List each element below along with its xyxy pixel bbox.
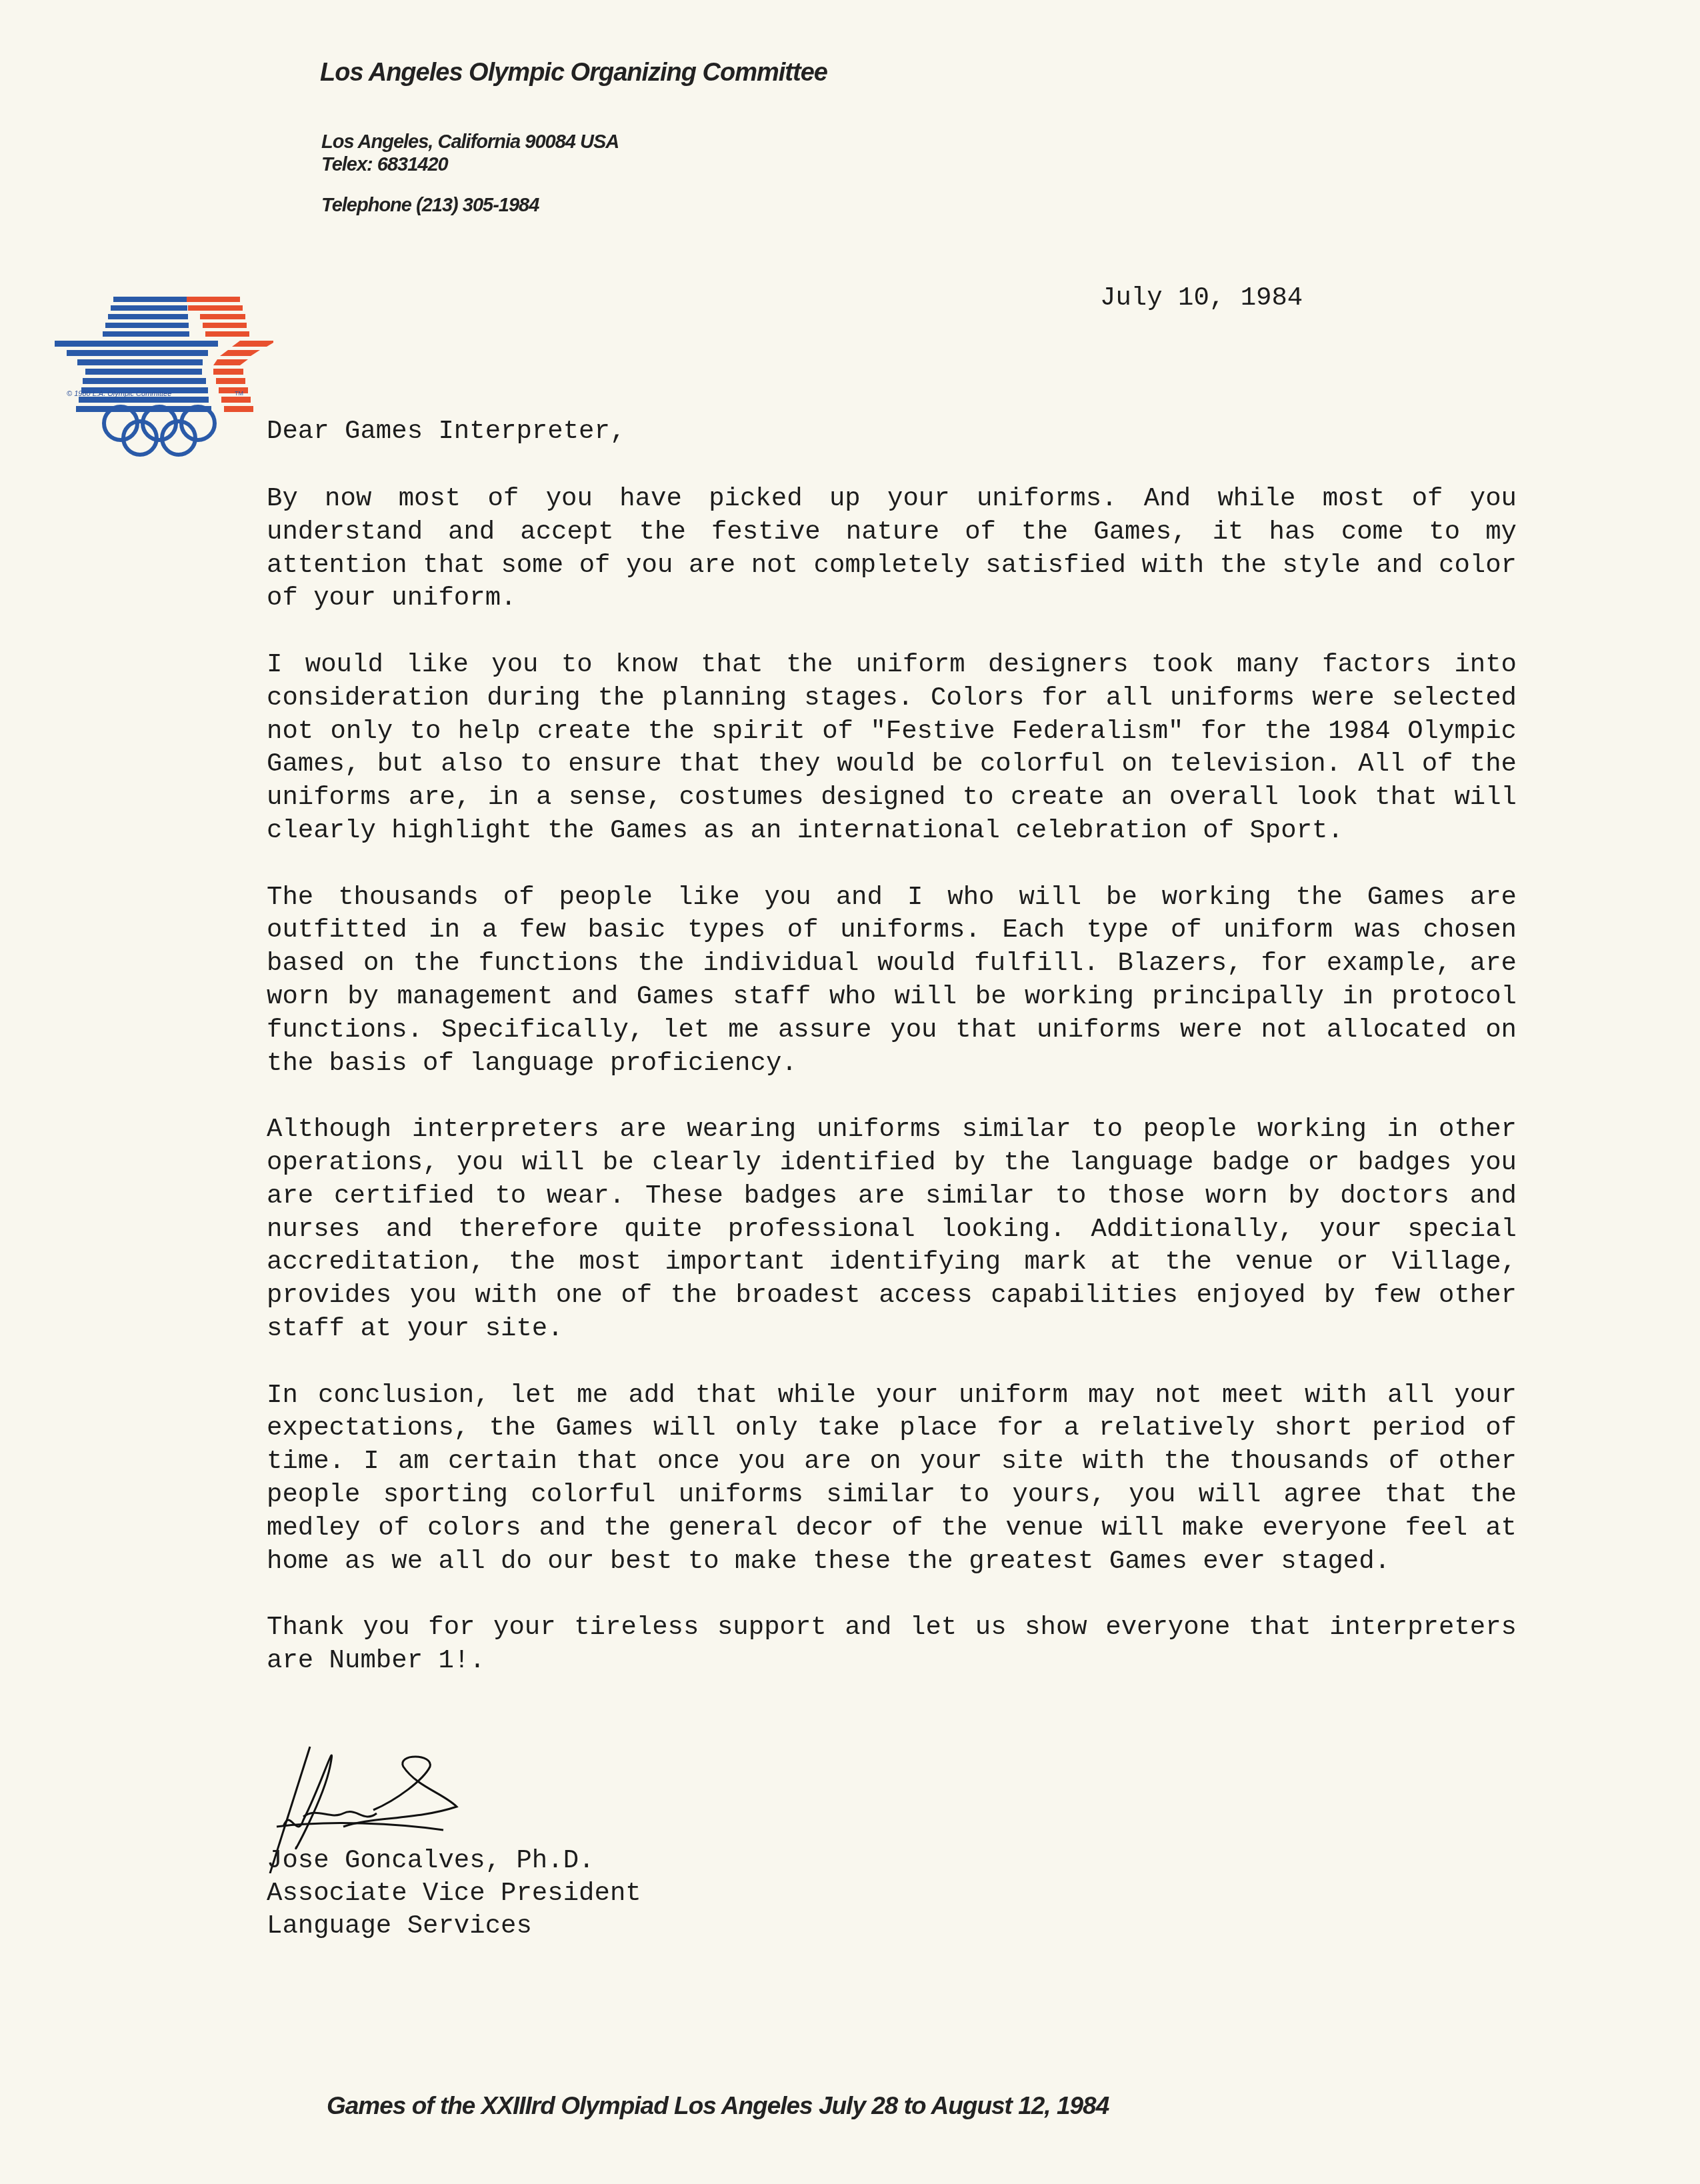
address-line: Los Angeles, California 90084 USA bbox=[321, 131, 619, 153]
paragraph: In conclusion, let me add that while you… bbox=[267, 1379, 1517, 1579]
logo-copyright: © 1980 L.A. Olympic Committee bbox=[67, 390, 171, 398]
olympic-rings-icon bbox=[97, 403, 223, 457]
signer-title: Associate Vice President bbox=[267, 1877, 641, 1910]
letter-body: By now most of you have picked up your u… bbox=[267, 483, 1517, 1711]
signature-block: Jose Goncalves, Ph.D. Associate Vice Pre… bbox=[267, 1845, 641, 1943]
logo-trademark: TM bbox=[235, 390, 243, 397]
salutation: Dear Games Interpreter, bbox=[267, 417, 625, 446]
signer-name: Jose Goncalves, Ph.D. bbox=[267, 1845, 641, 1877]
letterhead-organization: Los Angeles Olympic Organizing Committee bbox=[320, 59, 827, 87]
paragraph: I would like you to know that the unifor… bbox=[267, 649, 1517, 848]
paragraph: Although interpreters are wearing unifor… bbox=[267, 1113, 1517, 1346]
telex-line: Telex: 6831420 bbox=[321, 153, 619, 176]
letter-date: July 10, 1984 bbox=[1100, 283, 1303, 313]
footer-games-info: Games of the XXIIIrd Olympiad Los Angele… bbox=[327, 2092, 1109, 2120]
letterhead-address: Los Angeles, California 90084 USA Telex:… bbox=[321, 131, 619, 176]
signer-department: Language Services bbox=[267, 1910, 641, 1943]
paragraph: By now most of you have picked up your u… bbox=[267, 483, 1517, 615]
paragraph: The thousands of people like you and I w… bbox=[267, 881, 1517, 1081]
paragraph: Thank you for your tireless support and … bbox=[267, 1611, 1517, 1678]
telephone-line: Telephone (213) 305-1984 bbox=[321, 195, 539, 217]
